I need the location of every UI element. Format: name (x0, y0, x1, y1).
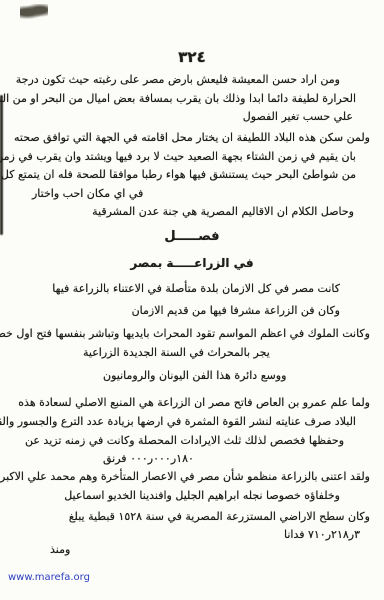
section-heading: فصـــــل (0, 230, 384, 244)
body-line: ووسع دائرة هذا الفن اليونان والرومانيون (103, 369, 286, 383)
body-line: وحاصل الكلام ان الاقاليم المصرية هي جنة … (92, 205, 354, 219)
body-line: وكانت الملوك في اعظم المواسم تقود المحرا… (0, 327, 370, 341)
body-line: وكان فن الزراعة مشرفا فيها من قديم الازم… (132, 304, 340, 318)
section-subheading: في الزراعـــــة بمصر (0, 256, 384, 270)
scanned-book-page: ٣٢٤ ومن اراد حسن المعيشة فليعش بارض مصر … (0, 0, 384, 600)
body-line: ولقد اعتنى بالزراعة منظمو شأن مصر في الا… (0, 470, 370, 484)
body-line: الحرارة لطيفة دائما ابدا وذلك بان يقرب ب… (0, 92, 356, 106)
body-line: في اي مكان احب واختار (32, 187, 143, 201)
scan-artifact-corner-smudge (20, 4, 48, 19)
body-line: يجر بالمحراث في السنة الجديدة الزراعية (83, 346, 270, 360)
body-line: كانت مصر في كل الازمان بلدة متأصلة في ال… (52, 282, 340, 296)
amount-francs: ١٨٠ر٠٠٠ر٠٠٠ فرنق (103, 452, 194, 466)
body-line: ولما علم عمرو بن العاص فاتح مصر ان الزرا… (18, 396, 370, 410)
scan-artifact-edge-line (0, 95, 3, 235)
catchword: ومنذ (50, 543, 70, 557)
body-line: بان يقيم في زمن الشتاء بجهة الصعيد حيث ل… (0, 150, 356, 164)
body-line: وكان سطح الاراضي المستزرعة المصرية في سن… (69, 510, 370, 524)
body-line: ومن اراد حسن المعيشة فليعش بارض مصر على … (16, 73, 340, 87)
body-line: وخلفاؤه خصوصا نجله ابراهيم الجليل وافندي… (64, 489, 340, 503)
body-line: ولمن سكن هذه البلاد اللطيفة ان يختار محل… (14, 131, 370, 145)
amount-feddans: ٣ر٢١٨ر٧١٠ فدانا (284, 528, 360, 542)
body-line: من شواطئ البحر حيث يستنشق فيها هواء رطبا… (0, 168, 356, 182)
body-line: البلاد صرف عنايته لنشر القوة المثمرة في … (0, 415, 356, 429)
body-line: وحفظها فخصص لذلك ثلث الايرادات المحصلة و… (25, 434, 344, 448)
body-line: علي حسب تغير الفصول (243, 110, 353, 124)
page-number: ٣٢٤ (0, 50, 384, 64)
watermark: www.marefa.org (8, 571, 90, 585)
